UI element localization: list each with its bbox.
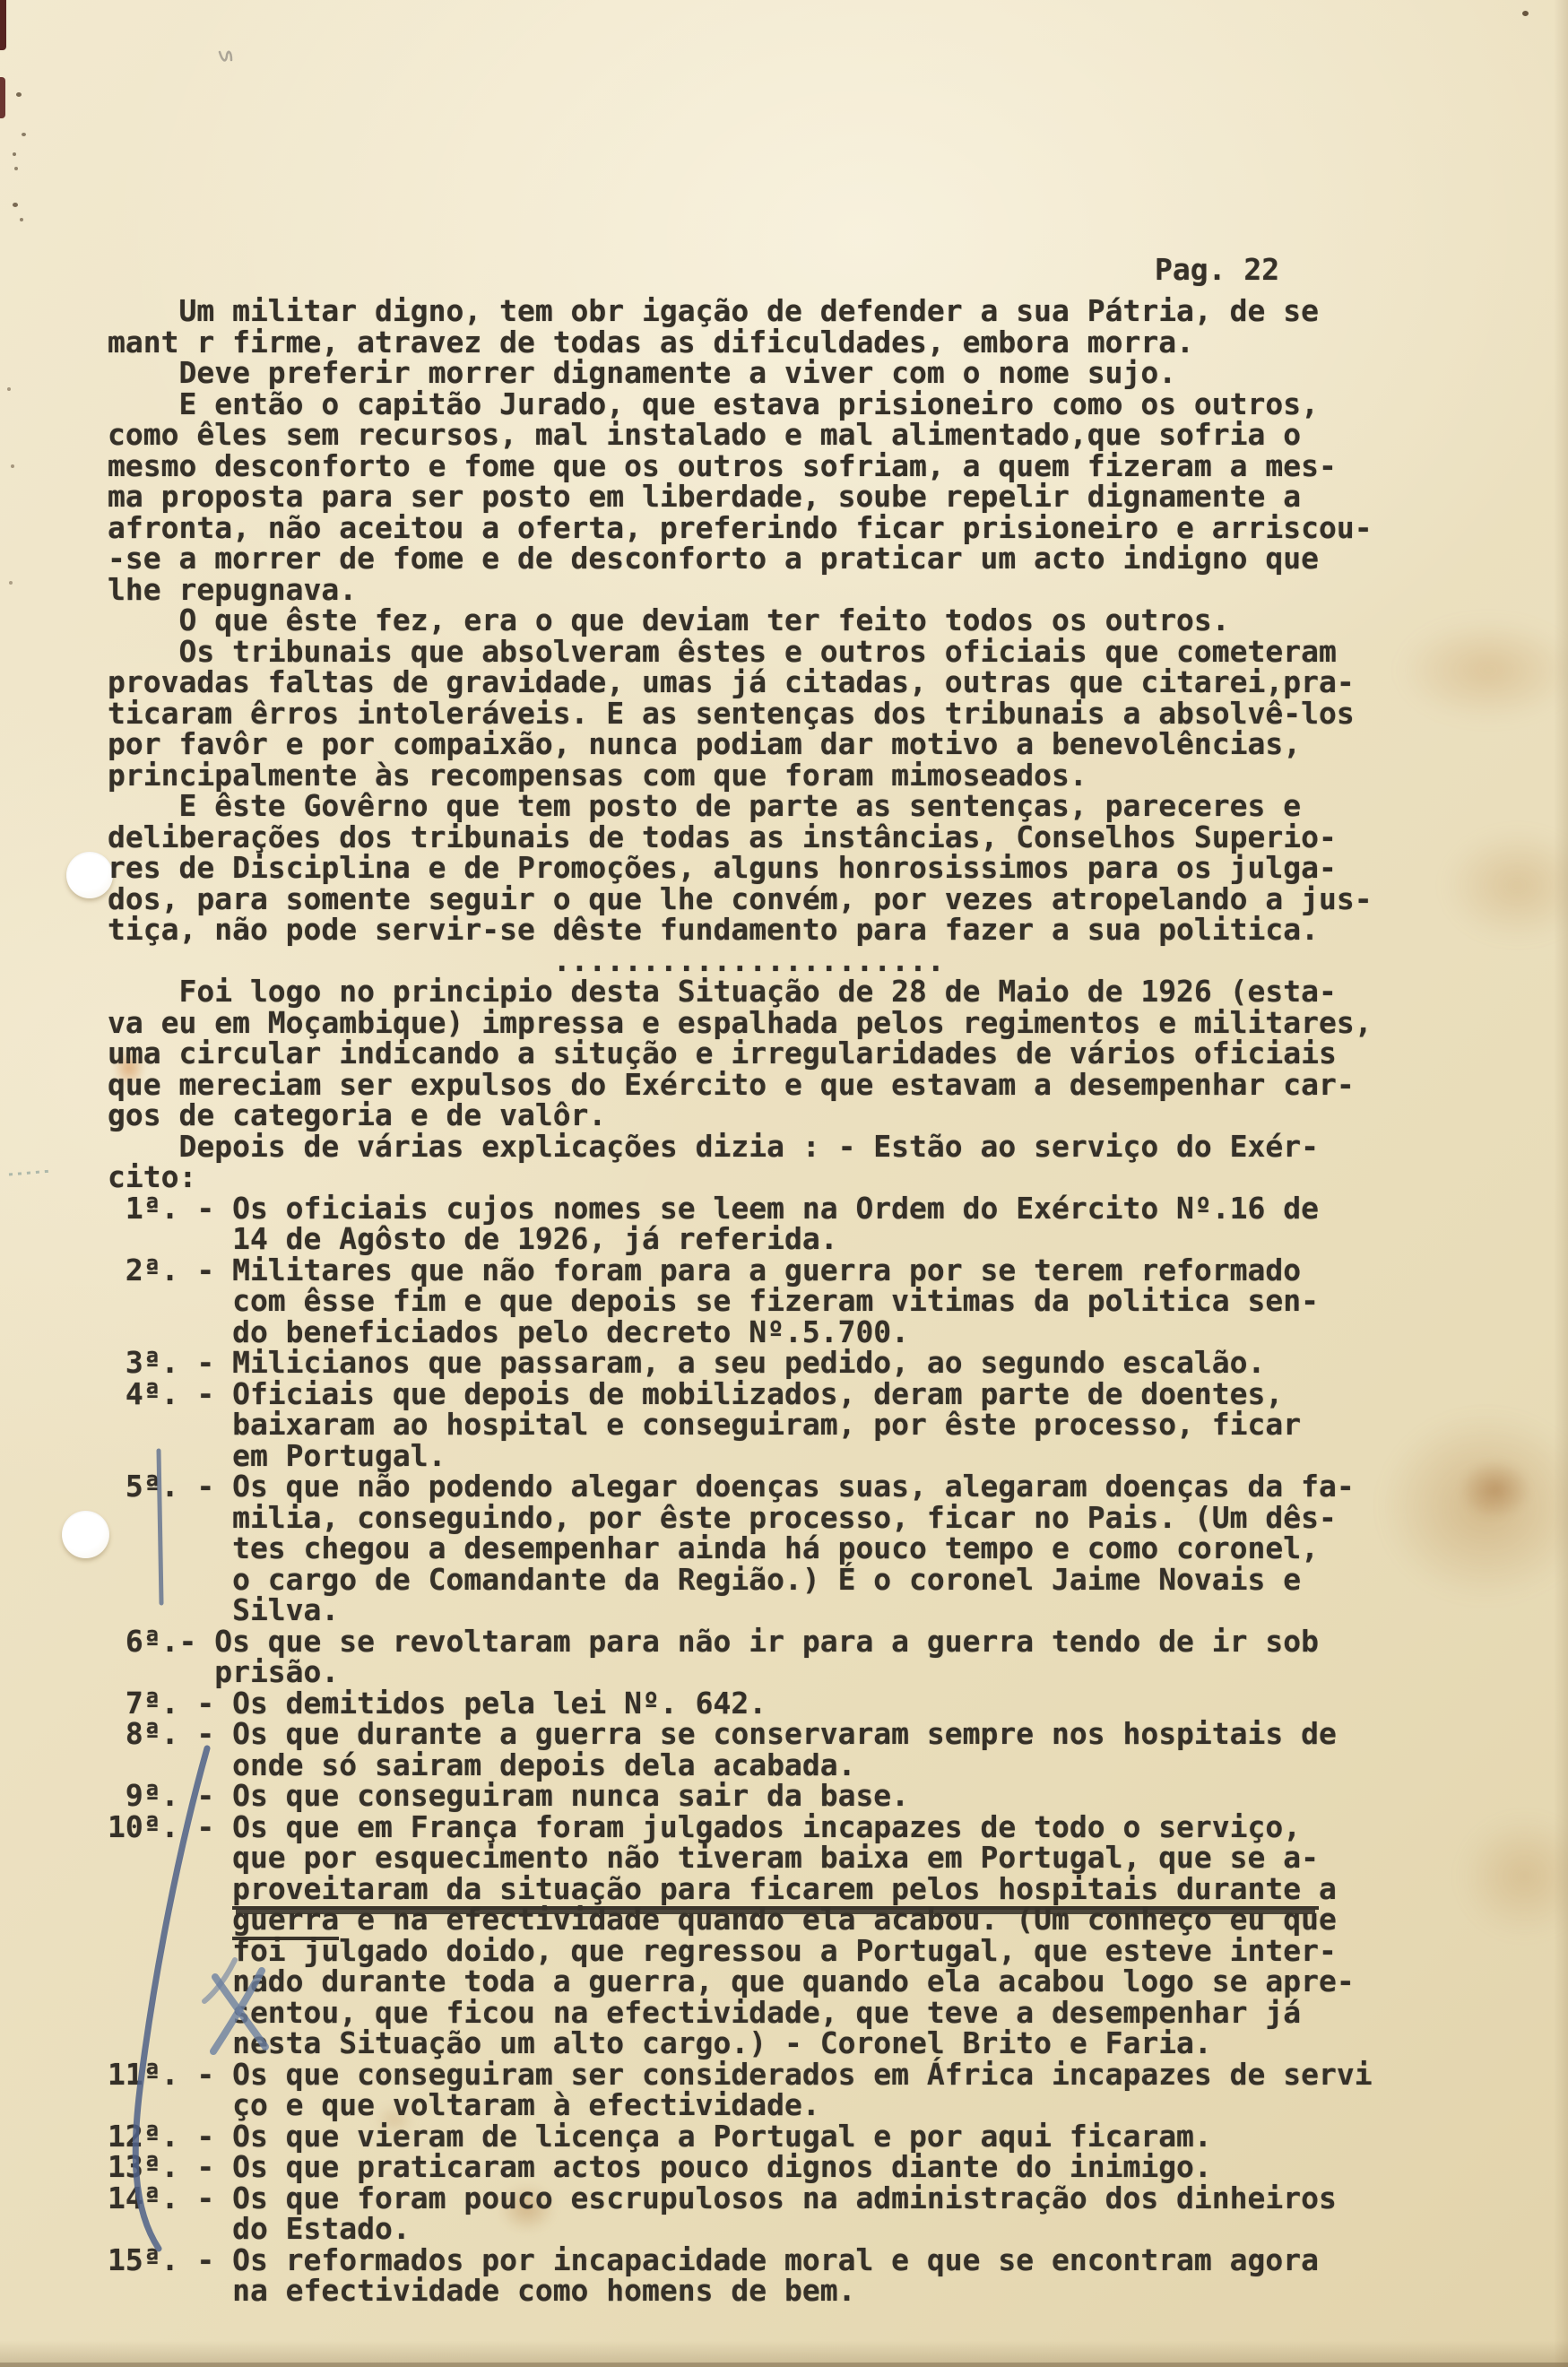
text-line: onde só sairam depois dela acabada. (108, 1750, 1373, 1782)
text-line: ticaram êrros intoleráveis. E as sentenç… (108, 698, 1373, 730)
text-line: 3ª. - Milicianos que passaram, a seu ped… (108, 1348, 1373, 1379)
text-line: baixaram ao hospital e conseguiram, por … (108, 1409, 1373, 1441)
text-line: principalmente às recompensas com que fo… (108, 760, 1373, 792)
document-page: Pag. 22 Um militar digno, tem obr igação… (0, 0, 1568, 2367)
page-edge-mark (0, 0, 6, 50)
text-line: milia, conseguindo, por êste processo, f… (108, 1503, 1373, 1534)
page-number: Pag. 22 (1155, 255, 1279, 286)
text-line: res de Disciplina e de Promoções, alguns… (108, 853, 1373, 884)
text-line: 7ª. - Os demitidos pela lei Nº. 642. (108, 1688, 1373, 1720)
text-line: afronta, não aceitou a oferta, preferind… (108, 513, 1373, 544)
text-line: foi julgado doido, que regressou a Portu… (108, 1936, 1373, 1967)
text-line: do Estado. (108, 2214, 1373, 2245)
text-line: mant r firme, atravez de todas as dificu… (108, 327, 1373, 359)
text-line: sentou, que ficou na efectividade, que t… (108, 1998, 1373, 2029)
paper-stain (1460, 1460, 1531, 1519)
text-line: tiça, não pode servir-se dêste fundament… (108, 915, 1373, 946)
text-line: nado durante toda a guerra, que quando e… (108, 1966, 1373, 1998)
text-line: provadas faltas de gravidade, umas já ci… (108, 667, 1373, 698)
text-line: 8ª. - Os que durante a guerra se conserv… (108, 1719, 1373, 1750)
text-line: ...................... (108, 946, 1373, 977)
paper-speck (7, 387, 11, 391)
text-line: dos, para somente seguir o que lhe convé… (108, 884, 1373, 915)
paper-stain (1443, 829, 1568, 941)
handwritten-check (220, 52, 231, 61)
text-line: Os tribunais que absolveram êstes e outr… (108, 637, 1373, 668)
page-right-shadow (1554, 0, 1568, 2367)
text-line: 6ª.- Os que se revoltaram para não ir pa… (108, 1626, 1373, 1658)
text-line: 12ª. - Os que vieram de licença a Portug… (108, 2121, 1373, 2153)
paper-speck (13, 203, 18, 207)
text-line: Deve preferir morrer dignamente a viver … (108, 358, 1373, 389)
paper-speck (9, 581, 13, 585)
text-line: que mereciam ser expulsos do Exército e … (108, 1070, 1373, 1101)
text-line: com êsse fim e que depois se fizeram vit… (108, 1286, 1373, 1317)
text-line: em Portugal. (108, 1441, 1373, 1472)
text-line: ma proposta para ser posto em liberdade,… (108, 481, 1373, 513)
text-line: 4ª. - Oficiais que depois de mobilizados… (108, 1379, 1373, 1410)
text-line: O que êste fez, era o que deviam ter fei… (108, 605, 1373, 637)
paper-speck (1522, 11, 1529, 16)
text-line: Silva. (108, 1595, 1373, 1626)
text-line: uma circular indicando a situção e irreg… (108, 1038, 1373, 1070)
text-line: 15ª. - Os reformados por incapacidade mo… (108, 2245, 1373, 2276)
paper-stain (1460, 1816, 1568, 1937)
text-line: 1ª. - Os oficiais cujos nomes se leem na… (108, 1193, 1373, 1225)
text-line: va eu em Moçambique) impressa e espalhad… (108, 1008, 1373, 1039)
text-line: guerra e na efectividade quando ela acab… (108, 1904, 1373, 1936)
text-line: Um militar digno, tem obr igação de defe… (108, 296, 1373, 327)
text-line: 2ª. - Militares que não foram para a gue… (108, 1255, 1373, 1287)
typewritten-text: Um militar digno, tem obr igação de defe… (108, 296, 1373, 2307)
text-line: por favôr e por compaixão, nunca podiam … (108, 729, 1373, 760)
text-line: -se a morrer de fome e de desconforto a … (108, 543, 1373, 575)
text-line: mesmo desconforto e fome que os outros s… (108, 451, 1373, 482)
text-line: 14 de Agôsto de 1926, já referida. (108, 1224, 1373, 1255)
text-line: tes chegou a desempenhar ainda há pouco … (108, 1533, 1373, 1565)
text-line: do beneficiados pelo decreto Nº.5.700. (108, 1317, 1373, 1348)
text-line: deliberações dos tribunais de todas as i… (108, 822, 1373, 854)
text-line: E então o capitão Jurado, que estava pri… (108, 389, 1373, 421)
text-line: nesta Situação um alto cargo.) - Coronel… (108, 2028, 1373, 2059)
text-line: 13ª. - Os que praticaram actos pouco dig… (108, 2152, 1373, 2183)
page-bottom-edge (0, 2363, 1568, 2367)
punch-hole-top (66, 852, 113, 898)
text-line: 10ª. - Os que em França foram julgados i… (108, 1812, 1373, 1843)
paper-speck (22, 133, 26, 136)
paper-speck (16, 92, 22, 97)
text-line: gos de categoria e de valôr. (108, 1100, 1373, 1131)
text-line: que por esquecimento não tiveram baixa e… (108, 1842, 1373, 1874)
text-line: Depois de várias explicações dizia : - E… (108, 1131, 1373, 1163)
text-line: como êles sem recursos, mal instalado e … (108, 420, 1373, 451)
pencil-dash (9, 1171, 52, 1175)
page-edge-mark (0, 77, 5, 118)
text-line: E êste Govêrno que tem posto de parte as… (108, 791, 1373, 822)
text-line: o cargo de Comandante da Região.) É o co… (108, 1565, 1373, 1596)
text-line: na efectividade como homens de bem. (108, 2276, 1373, 2307)
text-line: 9ª. - Os que conseguiram nunca sair da b… (108, 1781, 1373, 1812)
paper-speck (14, 167, 18, 170)
text-line: ço e que voltaram à efectividade. (108, 2090, 1373, 2121)
punch-hole-bottom (62, 1511, 109, 1558)
paper-speck (11, 464, 14, 468)
text-line: 5ª. - Os que não podendo alegar doenças … (108, 1471, 1373, 1503)
text-line: Foi logo no principio desta Situação de … (108, 976, 1373, 1008)
text-line: cito: (108, 1162, 1373, 1193)
text-line: 11ª. - Os que conseguiram ser considerad… (108, 2059, 1373, 2091)
paper-speck (13, 152, 16, 156)
paper-stain (1399, 619, 1568, 722)
text-line: 14ª. - Os que foram pouco escrupulosos n… (108, 2183, 1373, 2215)
text-line: lhe repugnava. (108, 575, 1373, 606)
paper-speck (20, 218, 23, 221)
text-line: proveitaram da situação para ficarem pel… (108, 1874, 1373, 1905)
text-line: prisão. (108, 1657, 1373, 1688)
